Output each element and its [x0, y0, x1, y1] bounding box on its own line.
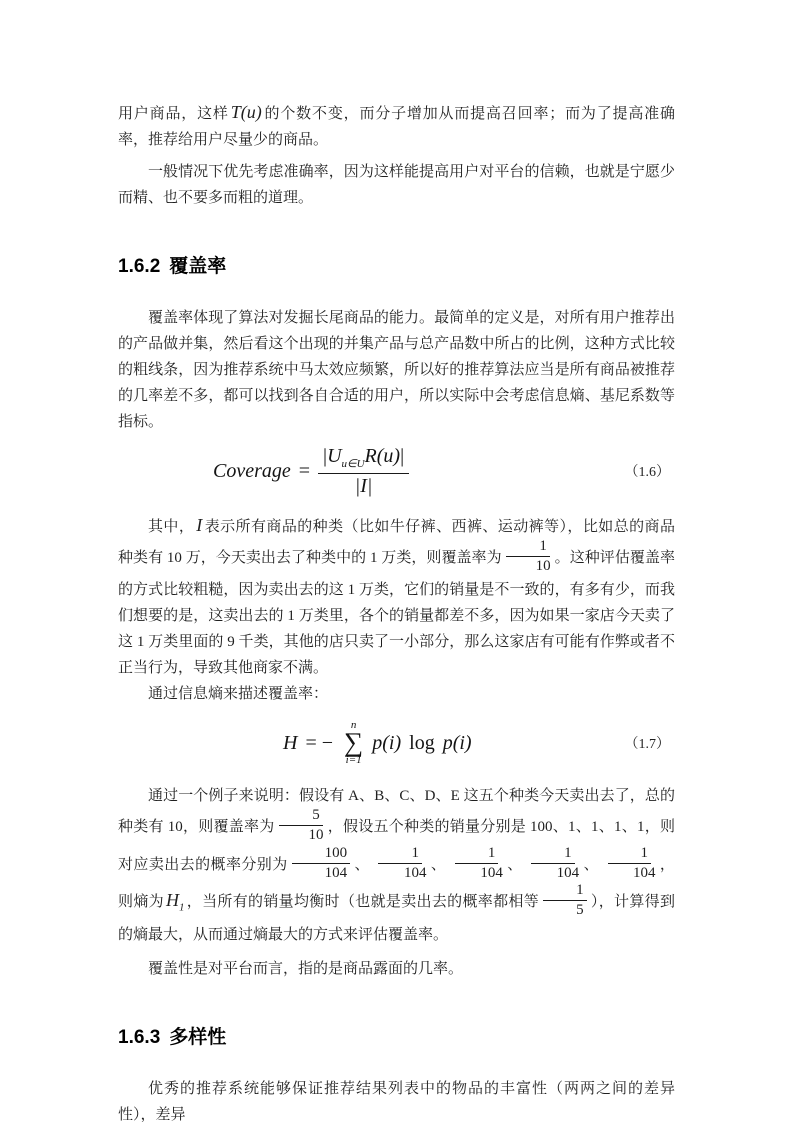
fraction-numerator: 5 [279, 807, 323, 826]
probability-term: p(i) [443, 732, 472, 755]
inline-fraction-100-104: 100104 [292, 845, 351, 883]
text-run: ，当所有的销量均衡时（也就是卖出去的概率都相等 [186, 894, 539, 910]
paragraph-entropy-intro: 通过信息熵来描述覆盖率： [118, 681, 675, 707]
fraction-numerator: 1 [543, 882, 587, 901]
fraction-numerator: 1 [455, 845, 499, 864]
summation-symbol: n∑i=1 [344, 720, 363, 766]
inline-fraction-1-10: 110 [506, 538, 551, 576]
inline-fraction-1-104: 1104 [450, 845, 503, 883]
sigma-icon: ∑ [344, 729, 363, 756]
inline-fraction-5-10: 510 [279, 807, 324, 845]
entropy-symbol: H [166, 890, 179, 910]
section-title: 多样性 [169, 1022, 226, 1049]
list-separator: 、 [354, 857, 370, 873]
fraction-denominator: 104 [450, 864, 503, 882]
section-heading-1-6-2: 1.6.2覆盖率 [118, 251, 675, 278]
fraction-denominator: 104 [374, 864, 427, 882]
equation-lhs: Coverage [213, 460, 291, 483]
abs-bar-close: | [400, 445, 404, 467]
equals-sign: = [297, 460, 312, 483]
equation-lhs-H: H [283, 732, 297, 755]
fraction-numerator: 1 [506, 538, 550, 557]
fraction-denominator: 5 [546, 901, 584, 919]
fraction-numerator: 100 [292, 845, 351, 864]
equation-number-1-7: （1.7） [625, 733, 671, 753]
equation-entropy: H= −n∑i=1p(i)logp(i) （1.7） [118, 717, 675, 769]
list-separator: 、 [430, 857, 446, 873]
equation-body: H= −n∑i=1p(i)logp(i) [283, 720, 472, 766]
equation-body: Coverage=|Uu∈UR(u)||I| [213, 445, 409, 498]
fraction-numerator: 1 [531, 845, 575, 864]
paragraph-coverage-definition: 覆盖率体现了算法对发掘长尾商品的能力。最简单的定义是，对所有用户推荐出的产品做并… [118, 305, 675, 435]
section-title: 覆盖率 [169, 251, 226, 278]
section-number: 1.6.2 [118, 256, 160, 278]
inline-fraction-1-104: 1104 [527, 845, 580, 883]
inline-fraction-1-104: 1104 [374, 845, 427, 883]
recommendation-set: R(u) [365, 445, 401, 467]
fraction-denominator: 104 [603, 864, 656, 882]
fraction-denominator: 10 [279, 826, 324, 844]
summation-lower-limit: i=1 [346, 755, 362, 766]
paragraph-coverage-example: 其中，I表示所有商品的种类（比如牛仔裤、西裤、运动裤等），比如总的商品种类有 1… [118, 512, 675, 682]
equation-coverage: Coverage=|Uu∈UR(u)||I| （1.6） [118, 445, 675, 498]
paragraph-recall-continuation: 用户商品，这样T(u)的个数不变，而分子增加从而提高召回率；而为了提高准确率，推… [118, 99, 675, 153]
inline-math-I: I [194, 515, 204, 535]
paragraph-coverage-platform: 覆盖性是对平台而言，指的是商品露面的几率。 [118, 956, 675, 982]
fraction-denominator: 10 [506, 557, 551, 575]
inline-math-T-u: T(u) [229, 102, 264, 122]
log-operator: log [409, 732, 435, 755]
document-page: 用户商品，这样T(u)的个数不变，而分子增加从而提高召回率；而为了提高准确率，推… [0, 0, 793, 1122]
union-subscript: u∈U [342, 458, 365, 470]
fraction-numerator: 1 [608, 845, 652, 864]
text-run: 。这种评估覆盖率的方式比较粗糙，因为卖出去的这 1 万类，它们的销量是不一致的，… [118, 550, 675, 676]
paragraph-diversity-intro: 优秀的推荐系统能够保证推荐结果列表中的物品的丰富性（两两之间的差异性），差异 [118, 1076, 675, 1122]
section-heading-1-6-3: 1.6.3多样性 [118, 1022, 675, 1049]
text-run: 用户商品，这样 [118, 106, 229, 122]
inline-fraction-1-104: 1104 [603, 845, 656, 883]
list-separator: 、 [583, 857, 599, 873]
inline-math-H1: H1 [164, 890, 187, 910]
union-symbol: U [327, 445, 341, 467]
equals-minus-sign: = − [303, 732, 335, 755]
fraction-denominator: |I| [355, 474, 373, 498]
fraction-denominator: 104 [295, 864, 348, 882]
text-run: 其中， [148, 519, 194, 535]
list-separator: 、 [507, 857, 523, 873]
paragraph-entropy-example: 通过一个例子来说明：假设有 A、B、C、D、E 这五个种类今天卖出去了，总的种类… [118, 783, 675, 948]
equation-number-1-6: （1.6） [625, 461, 671, 481]
fraction-numerator: |Uu∈UR(u)| [318, 445, 409, 474]
section-number: 1.6.3 [118, 1027, 160, 1049]
fraction-denominator: 104 [527, 864, 580, 882]
equation-fraction: |Uu∈UR(u)||I| [318, 445, 409, 498]
inline-fraction-1-5: 15 [543, 882, 587, 920]
probability-term: p(i) [372, 732, 401, 755]
paragraph-accuracy-priority: 一般情况下优先考虑准确率，因为这样能提高用户对平台的信赖，也就是宁愿少而精、也不… [118, 159, 675, 211]
fraction-numerator: 1 [378, 845, 422, 864]
entropy-subscript: 1 [179, 902, 185, 914]
